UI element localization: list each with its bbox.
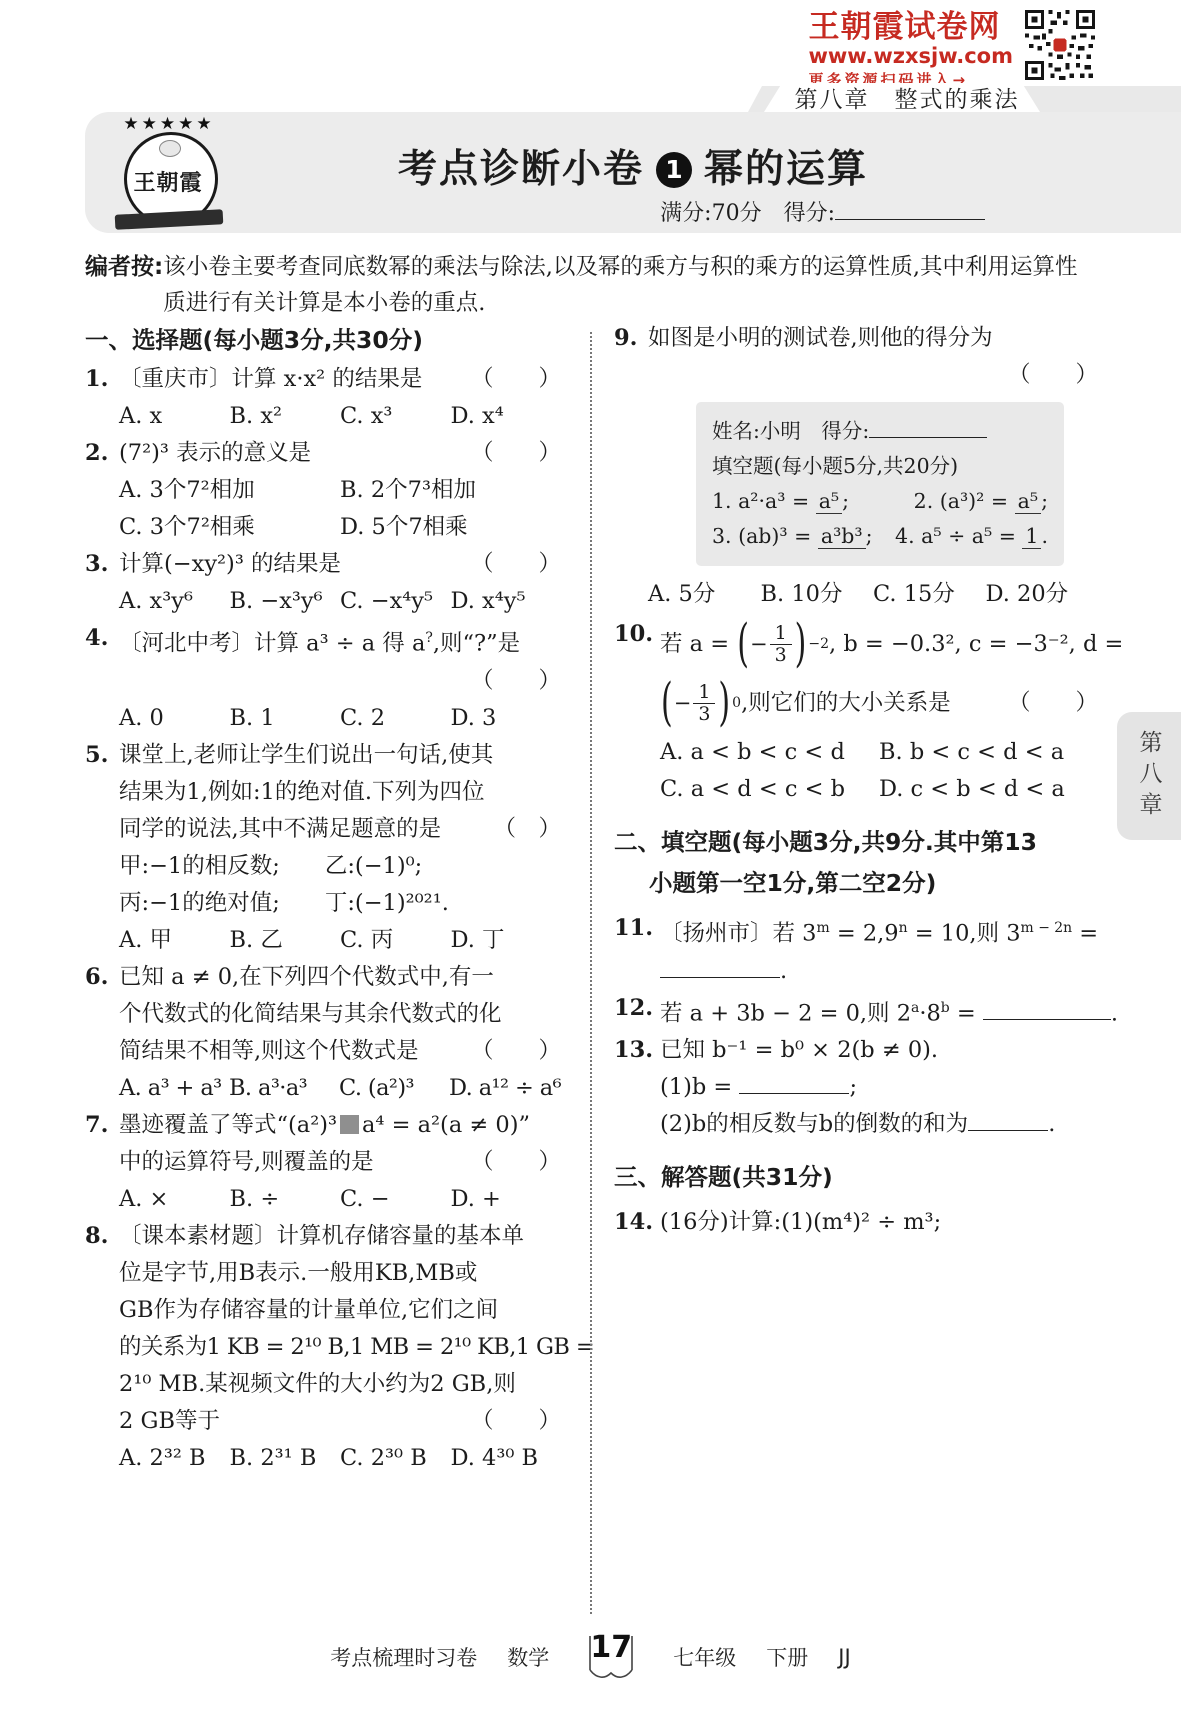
answer-paren: （ ） (471, 1403, 561, 1440)
option: C. − (340, 1181, 451, 1218)
question-text: (7²)³ 表示的意义是 (119, 435, 311, 472)
logo-ribbon (115, 209, 224, 230)
question-text: 〔河北中考〕计算 a³ ÷ a 得 a?,则“?”是 (119, 620, 520, 663)
option: C. x³ (340, 398, 451, 435)
option: B. 10分 (761, 576, 874, 613)
question-10: 10. 若 a = (−13)−2 , b = −0.3², c = −3⁻²,… (614, 616, 1098, 808)
answer-paren: （ ） (471, 1033, 561, 1070)
worksheet-page: 王朝霞试卷网 www.wzxsjw.com 更多资源扫码进入→ (0, 0, 1181, 1730)
question-13: 13. 已知 b⁻¹ = b⁰ × 2(b ≠ 0). (1)b = ; (2)… (614, 1032, 1098, 1143)
question-text: 课堂上,老师让学生们说出一句话,使其 (119, 737, 493, 774)
stars-icon: ★★★★★ (91, 114, 247, 134)
question-1: 1. 〔重庆市〕计算 x·x² 的结果是（ ） A. x B. x² C. x³… (85, 361, 561, 435)
footer-subject: 数学 (507, 1642, 549, 1672)
brand-site-name: 王朝霞试卷网 (809, 10, 1014, 44)
question-4: 4. 〔河北中考〕计算 a³ ÷ a 得 a?,则“?”是 （ ） A. 0 B… (85, 620, 561, 737)
page-title: 考点诊断小卷1幂的运算 (245, 138, 1021, 194)
question-5: 5. 课堂上,老师让学生们说出一句话,使其 结果为1,例如:1的绝对值.下列为四… (85, 737, 561, 959)
chapter-band: 第八章 整式的乘法 (764, 83, 1050, 112)
option: B. 2个7³相加 (340, 472, 561, 509)
editor-note-line2: 质进行有关计算是本小卷的重点. (163, 285, 1077, 321)
option: A. 甲 (119, 922, 230, 959)
question-text: 若 a + 3b − 2 = 0,则 2a·8b = . (660, 990, 1118, 1033)
option: C. 丙 (340, 922, 451, 959)
footer-edition: JJ (838, 1645, 850, 1669)
header-card: ★★★★★ 王朝霞 考点诊断小卷1幂的运算 满分:70分 得分: (85, 112, 1181, 233)
question-text: 如图是小明的测试卷,则他的得分为 (648, 320, 993, 357)
qr-code-icon (1025, 10, 1095, 80)
question-text: 计算(−xy²)³ 的结果是 (119, 546, 341, 583)
score-blank (835, 196, 985, 220)
mini-answer: a⁵ (816, 489, 842, 514)
question-3: 3. 计算(−xy²)³ 的结果是（ ） A. x³y⁶ B. −x³y⁶ C.… (85, 546, 561, 620)
section-2-heading: 二、填空题(每小题3分,共9分.其中第13 小题第一空1分,第二空2分) (614, 822, 1098, 904)
answer-paren: （ ） (471, 1144, 561, 1181)
page-number-book-icon: 17 (579, 1630, 643, 1684)
option: C. 15分 (873, 576, 986, 613)
question-2: 2. (7²)³ 表示的意义是（ ） A. 3个7²相加 B. 2个7³相加 C… (85, 435, 561, 546)
option: A. 0 (119, 700, 230, 737)
mini-answer: a⁵ (1015, 489, 1041, 514)
answer-paren: （ ） (1008, 685, 1098, 722)
option: C. −x⁴y⁵ (340, 583, 451, 620)
option: B. b < c < d < a (879, 734, 1098, 771)
brand-site-url: www.wzxsjw.com (809, 44, 1014, 69)
option: D. 20分 (986, 576, 1099, 613)
ink-blot (340, 1115, 359, 1134)
logo-name: 王朝霞 (124, 166, 212, 197)
mini-test-card: 姓名:小明 得分: 填空题(每小题5分,共20分) 1. a²·a³ = a⁵;… (696, 402, 1064, 566)
question-6: 6. 已知 a ≠ 0,在下列四个代数式中,有一 个代数式的化简结果与其余代数式… (85, 959, 561, 1107)
answer-blank (968, 1106, 1048, 1131)
question-11: 11. 〔扬州市〕若 3m = 2,9n = 10,则 3m − 2n = . (614, 910, 1098, 990)
option: D. c < b < d < a (879, 771, 1098, 808)
option: D. x⁴ (451, 398, 562, 435)
option: C. 2 (340, 700, 451, 737)
option: A. x (119, 398, 230, 435)
option: A. 2³² B (119, 1440, 230, 1477)
answer-paren: （ ） (471, 546, 561, 583)
option: B. ÷ (230, 1181, 341, 1218)
answer-paren: （ ） (471, 361, 561, 398)
answer-blank (983, 995, 1111, 1020)
question-text: 已知 b⁻¹ = b⁰ × 2(b ≠ 0). (660, 1032, 938, 1069)
question-7: 7. 墨迹覆盖了等式“(a²)³a⁴ = a²(a ≠ 0)” 中的运算符号,则… (85, 1107, 561, 1218)
publisher-logo: ★★★★★ 王朝霞 (91, 116, 247, 234)
footer-grade: 七年级 (673, 1642, 736, 1672)
question-12: 12. 若 a + 3b − 2 = 0,则 2a·8b = . (614, 990, 1098, 1033)
option: B. −x³y⁶ (230, 583, 341, 620)
option: B. x² (230, 398, 341, 435)
title-number-badge: 1 (656, 152, 692, 188)
option: B. 1 (230, 700, 341, 737)
editor-note-line1: 该小卷主要考查同底数幂的乘法与除法,以及幂的乘方与积的乘方的运算性质,其中利用运… (163, 249, 1077, 285)
mini-score-blank (869, 415, 987, 438)
portrait-icon (159, 140, 181, 157)
option: D. a¹² ÷ a⁶ (449, 1070, 561, 1107)
question-text: (16分)计算:(1)(m⁴)² ÷ m³; (660, 1204, 941, 1241)
mini-answer: 1 (1022, 524, 1041, 549)
answer-blank (660, 953, 780, 978)
option: D. 3 (451, 700, 562, 737)
footer-volume: 下册 (766, 1642, 808, 1672)
option: C. a < d < c < b (660, 771, 879, 808)
option: C. (a²)³ (339, 1070, 449, 1107)
option: A. x³y⁶ (119, 583, 230, 620)
option: D. x⁴y⁵ (451, 583, 562, 620)
answer-blank (739, 1069, 849, 1094)
score-line: 满分:70分 得分: (660, 196, 985, 227)
question-text: 〔扬州市〕若 3m = 2,9n = 10,则 3m − 2n = (660, 910, 1098, 953)
left-column: 一、选择题(每小题3分,共30分) 1. 〔重庆市〕计算 x·x² 的结果是（ … (85, 320, 561, 1477)
option: A. × (119, 1181, 230, 1218)
section-1-heading: 一、选择题(每小题3分,共30分) (85, 320, 561, 361)
answer-paren: （ ） (471, 663, 561, 700)
option: B. a³·a³ (229, 1070, 339, 1107)
answer-paren: （ ） (493, 811, 561, 848)
option: A. 5分 (648, 576, 761, 613)
footer-series: 考点梳理时习卷 (330, 1642, 477, 1672)
option: C. 3个7²相乘 (119, 509, 340, 546)
editor-note-label: 编者按: (85, 249, 163, 321)
right-column: 9. 如图是小明的测试卷,则他的得分为 （ ） 姓名:小明 得分: 填空题(每小… (614, 320, 1098, 1241)
option: D. 5个7相乘 (340, 509, 561, 546)
fraction: 13 (770, 623, 792, 665)
option: A. 3个7²相加 (119, 472, 340, 509)
option: B. 乙 (230, 922, 341, 959)
fraction: 13 (693, 682, 715, 724)
question-text: 〔课本素材题〕计算机存储容量的基本单 (119, 1218, 524, 1255)
mini-answer: a³b³ (818, 524, 866, 549)
statement-jia-yi: 甲:−1的相反数; 乙:(−1)⁰; (119, 848, 422, 885)
option: D. + (451, 1181, 562, 1218)
option: B. 2³¹ B (230, 1440, 341, 1477)
page-footer: 考点梳理时习卷 数学 17 七年级 下册 JJ (0, 1630, 1181, 1684)
question-text: 〔重庆市〕计算 x·x² 的结果是 (119, 361, 422, 398)
title-prefix: 考点诊断小卷 (398, 147, 644, 192)
option: D. 4³⁰ B (451, 1440, 562, 1477)
mini-subtitle: 填空题(每小题5分,共20分) (712, 449, 958, 484)
question-text: 墨迹覆盖了等式“(a²)³a⁴ = a²(a ≠ 0)” (119, 1107, 530, 1144)
option: D. 丁 (451, 922, 562, 959)
option: A. a < b < c < d (660, 734, 879, 771)
question-text: 已知 a ≠ 0,在下列四个代数式中,有一 (119, 959, 494, 996)
option: C. 2³⁰ B (340, 1440, 451, 1477)
chapter-side-tab: 第八章 (1117, 712, 1181, 840)
question-8: 8. 〔课本素材题〕计算机存储容量的基本单 位是字节,用B表示.一般用KB,MB… (85, 1218, 561, 1477)
column-divider (590, 332, 592, 1614)
statement-bing-ding: 丙:−1的绝对值; 丁:(−1)²⁰²¹. (119, 885, 449, 922)
answer-paren: （ ） (471, 435, 561, 472)
option: A. a³ + a³ (119, 1070, 229, 1107)
section-3-heading: 三、解答题(共31分) (614, 1157, 1098, 1198)
title-topic: 幂的运算 (704, 147, 868, 192)
question-9: 9. 如图是小明的测试卷,则他的得分为 （ ） 姓名:小明 得分: 填空题(每小… (614, 320, 1098, 613)
question-14: 14. (16分)计算:(1)(m⁴)² ÷ m³; (614, 1204, 1098, 1241)
mini-name-score: 姓名:小明 得分: (712, 419, 869, 443)
editor-note: 编者按: 该小卷主要考查同底数幂的乘法与除法,以及幂的乘方与积的乘方的运算性质,… (85, 249, 1097, 321)
answer-paren: （ ） (1008, 357, 1098, 394)
brand-block: 王朝霞试卷网 www.wzxsjw.com 更多资源扫码进入→ (809, 10, 1096, 91)
